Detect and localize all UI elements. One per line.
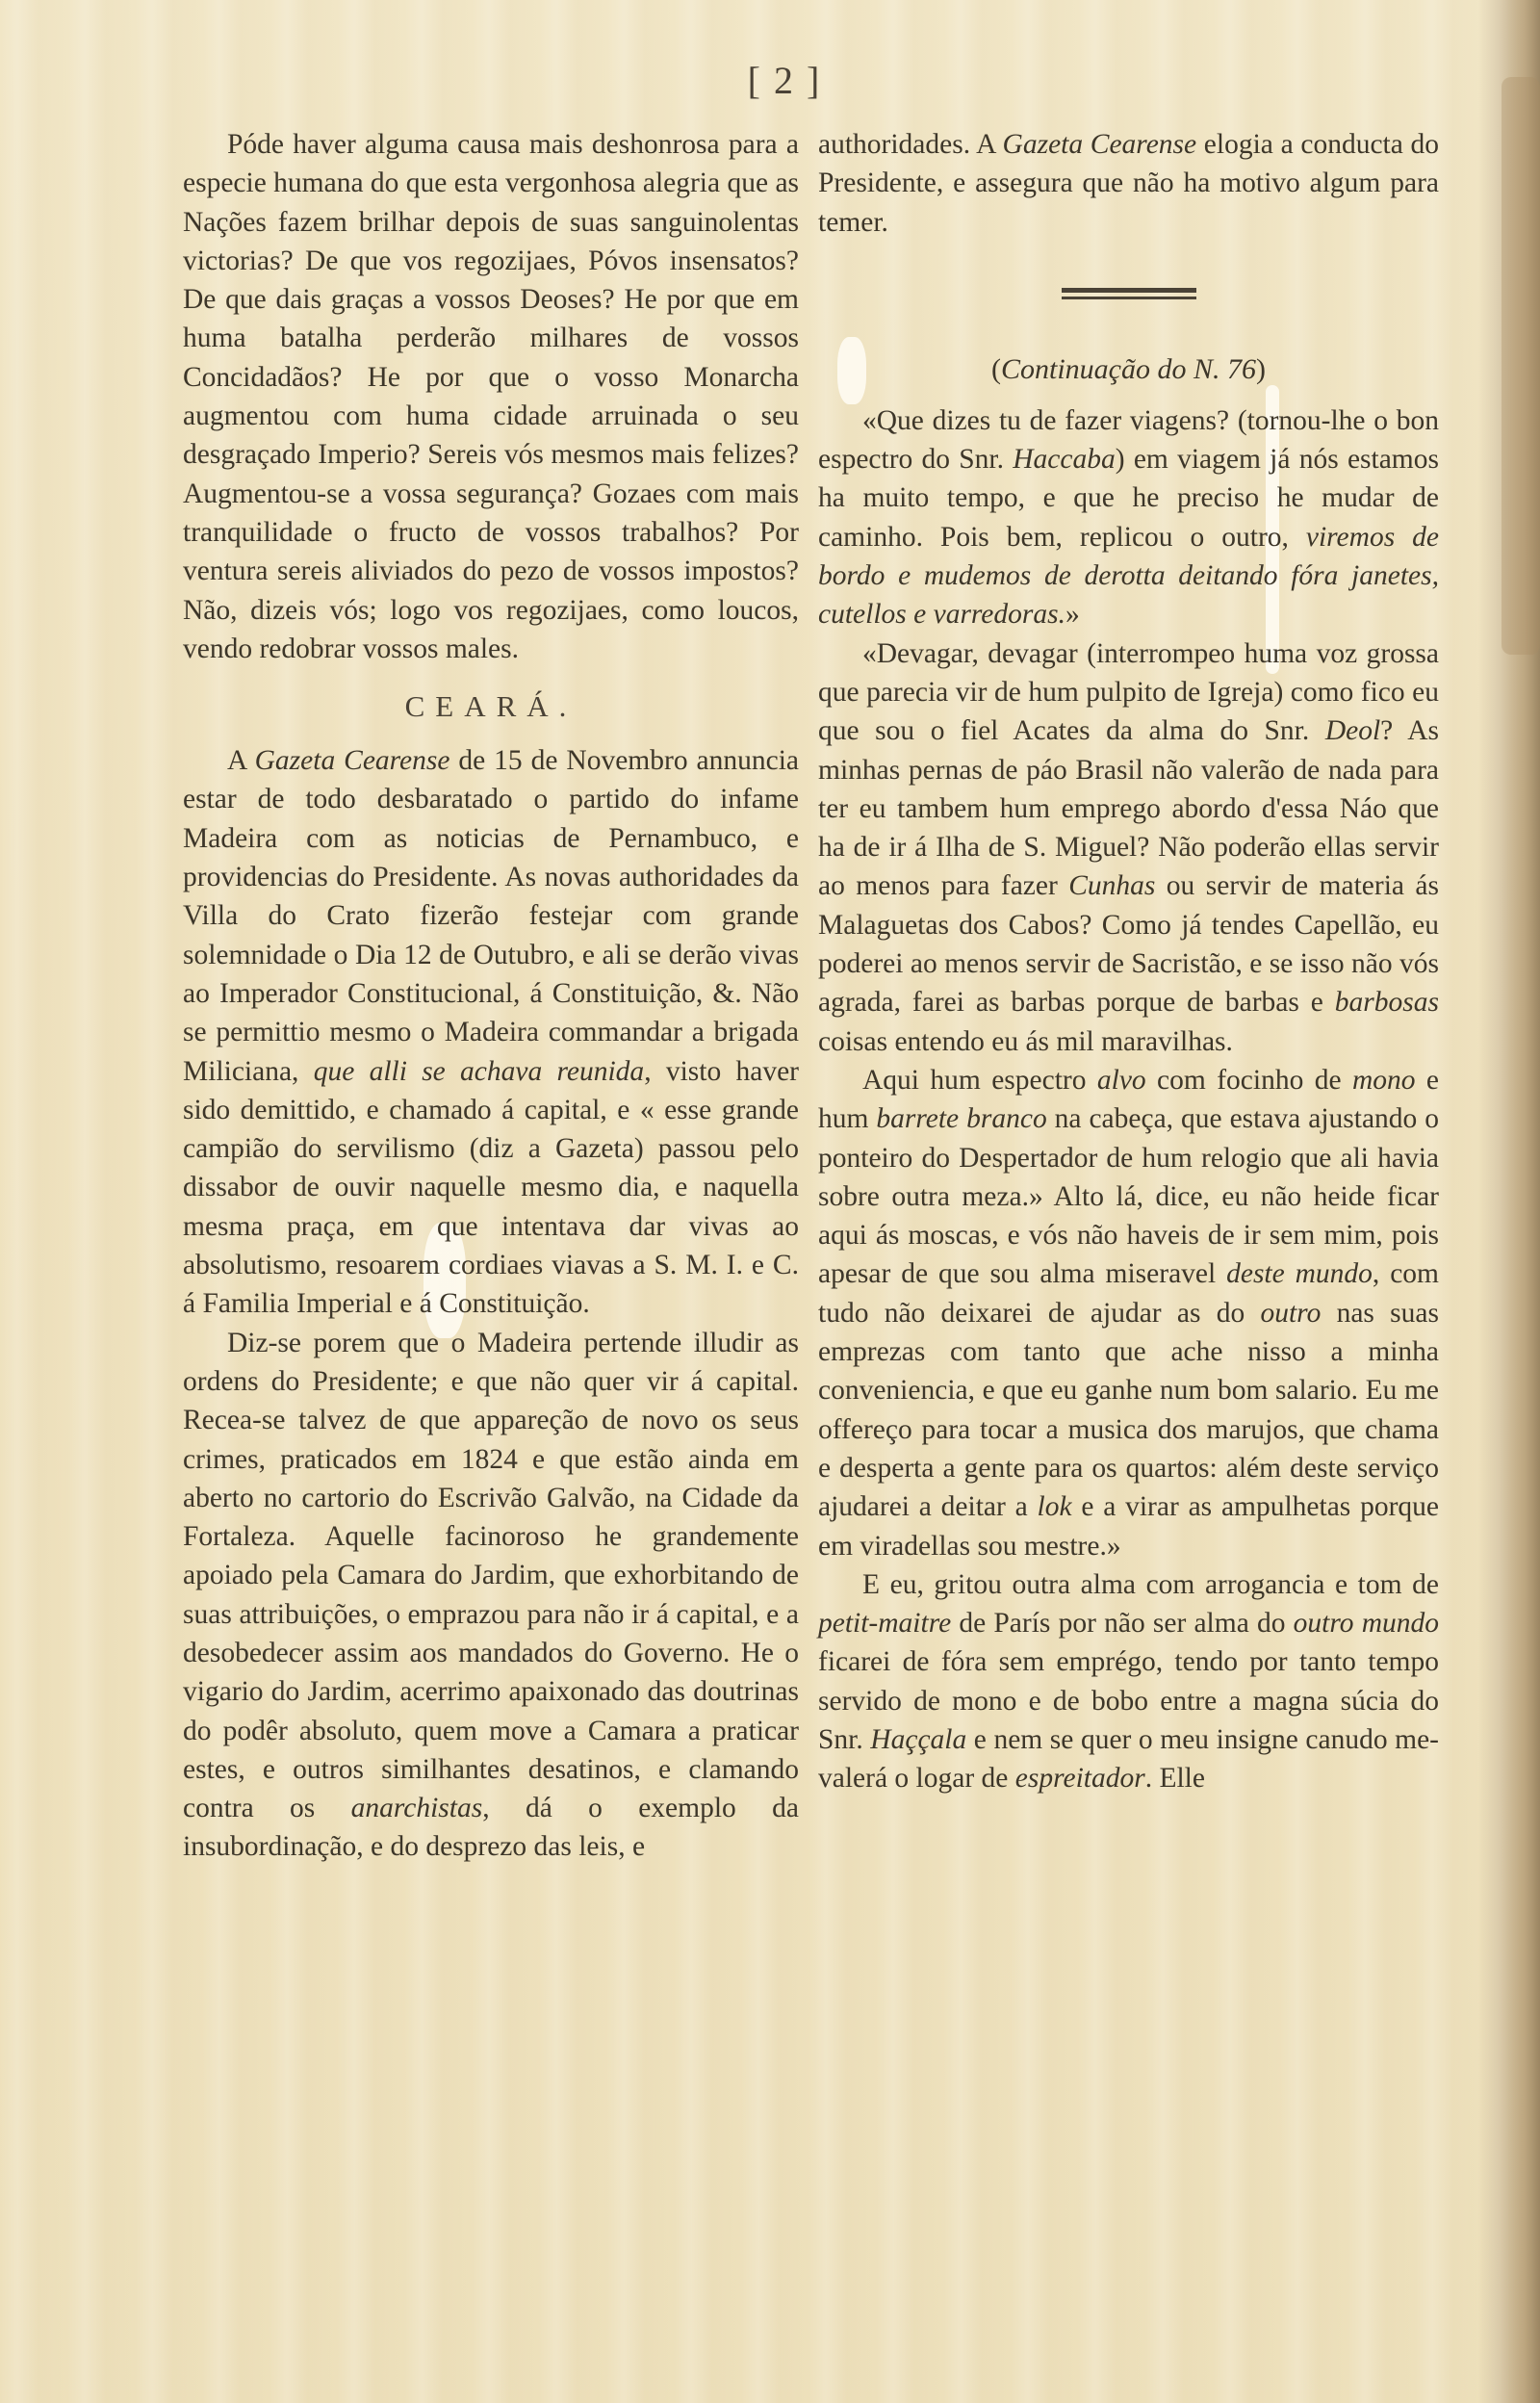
article-paragraph: Aqui hum espectro alvo com focinho de mo… [818, 1061, 1439, 1565]
italic-run: espreitador [1015, 1763, 1145, 1794]
italic-run: outro [1260, 1298, 1321, 1329]
text-run: , visto haver sido demittido, e chamado … [183, 1056, 799, 1320]
section-title-ceara: CEARÁ. [183, 689, 799, 724]
italic-run: que alli se achava reunida [314, 1056, 644, 1087]
publication-name: Gazeta Cearense [1003, 129, 1197, 160]
article-paragraph: Diz-se porem que o Madeira pertende illu… [183, 1324, 799, 1867]
page-number: [ 2 ] [746, 58, 823, 103]
italic-run: Haççala [870, 1724, 966, 1755]
italic-run: lok [1038, 1491, 1072, 1522]
italic-run: barbosas [1335, 987, 1439, 1018]
text-run: coisas entendo eu ás mil maravilhas. [818, 1026, 1233, 1057]
text-run: » [1065, 599, 1080, 630]
text-run: de 15 de Novembro annuncia estar de todo… [183, 745, 799, 1086]
publication-name: Gazeta Cearense [255, 745, 450, 776]
italic-run: petit-maitre [818, 1608, 951, 1639]
italic-run: Haccaba [1013, 444, 1116, 475]
right-column: authoridades. A Gazeta Cearense elogia a… [818, 125, 1439, 1798]
article-paragraph: A Gazeta Cearense de 15 de Novembro annu… [183, 741, 799, 1323]
continuation-subtitle: (Continuação do N. 76) [818, 353, 1439, 386]
article-paragraph: Póde haver alguma causa mais deshonrosa … [183, 125, 799, 668]
article-paragraph: authoridades. A Gazeta Cearense elogia a… [818, 125, 1439, 242]
italic-run: Deol [1325, 715, 1380, 746]
italic-run: alvo [1097, 1065, 1146, 1096]
text-run: com focinho de [1146, 1065, 1352, 1096]
text-run: nas suas emprezas com tanto que ache nis… [818, 1298, 1439, 1522]
text-run: authoridades. A [818, 129, 1003, 160]
italic-run: barrete branco [876, 1103, 1046, 1134]
text-run: ( [991, 353, 1001, 385]
italic-run: outro mundo [1294, 1608, 1439, 1639]
text-run: Diz-se porem que o Madeira pertende illu… [183, 1328, 799, 1824]
article-paragraph: E eu, gritou outra alma com arrogancia e… [818, 1565, 1439, 1798]
italic-run: Cunhas [1068, 870, 1155, 901]
section-divider [1062, 288, 1196, 299]
italic-run: mono [1352, 1065, 1416, 1096]
italic-run: anarchistas [351, 1793, 483, 1823]
paper-damage [1501, 77, 1540, 655]
text-run: Continuação do N. 76 [1001, 353, 1256, 385]
text-run: Aqui hum espectro [862, 1065, 1097, 1096]
text-run: de París por não ser alma do [951, 1608, 1293, 1639]
text-run: ) [1256, 353, 1266, 385]
article-paragraph: «Que dizes tu de fazer viagens? (tornou-… [818, 401, 1439, 634]
newspaper-page: [ 2 ] Póde haver alguma causa mais desho… [0, 0, 1540, 2403]
left-column: Póde haver alguma causa mais deshonrosa … [183, 125, 799, 1867]
article-paragraph: «Devagar, devagar (interrompeo huma voz … [818, 634, 1439, 1061]
italic-run: deste mundo [1226, 1258, 1373, 1289]
text-run: E eu, gritou outra alma com arrogancia e… [862, 1569, 1439, 1600]
text-run: A [227, 745, 255, 776]
text-run: . Elle [1145, 1763, 1205, 1794]
